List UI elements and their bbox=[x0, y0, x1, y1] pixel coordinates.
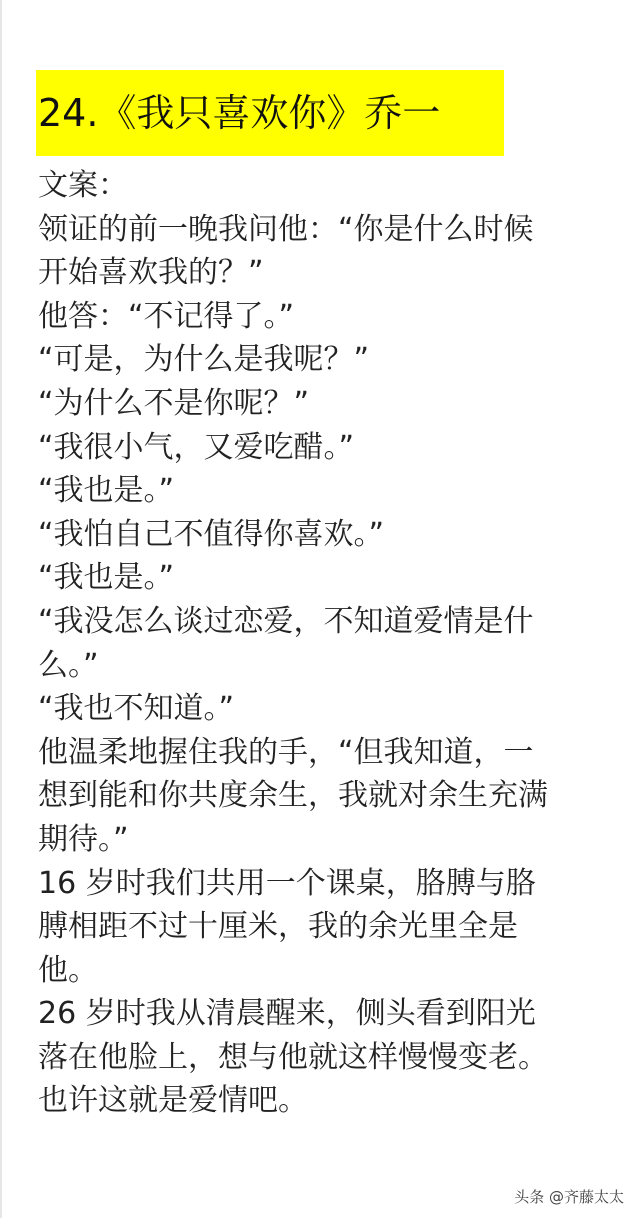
text-line: “我怕自己不值得你喜欢。” bbox=[38, 513, 610, 557]
text-line: 膊相距不过十厘米，我的余光里全是 bbox=[38, 905, 610, 949]
text-line: “为什么不是你呢？” bbox=[38, 382, 610, 426]
text-line: 开始喜欢我的？” bbox=[38, 251, 610, 295]
text-line: 么。” bbox=[38, 644, 610, 688]
text-line: 也许这就是爱情吧。 bbox=[38, 1079, 610, 1123]
text-line: “我也是。” bbox=[38, 556, 610, 600]
text-line: “我也不知道。” bbox=[38, 687, 610, 731]
text-line: 26 岁时我从清晨醒来，侧头看到阳光 bbox=[38, 992, 610, 1036]
text-line: 他答：“不记得了。” bbox=[38, 295, 610, 339]
text-line: 想到能和你共度余生，我就对余生充满 bbox=[38, 774, 610, 818]
text-line: 文案： bbox=[38, 164, 610, 208]
watermark: 头条 @齐藤太太 bbox=[514, 1186, 624, 1207]
text-line: “我没怎么谈过恋爱，不知道爱情是什 bbox=[38, 600, 610, 644]
text-line: 他温柔地握住我的手，“但我知道，一 bbox=[38, 731, 610, 775]
text-line: 16 岁时我们共用一个课桌，胳膊与胳 bbox=[38, 862, 610, 906]
synopsis-text: 文案： 领证的前一晚我问他：“你是什么时候 开始喜欢我的？” 他答：“不记得了。… bbox=[38, 164, 610, 1123]
text-line: 期待。” bbox=[38, 818, 610, 862]
left-border bbox=[0, 0, 2, 1218]
text-line: 落在他脸上，想与他就这样慢慢变老。 bbox=[38, 1036, 610, 1080]
text-line: 他。 bbox=[38, 949, 610, 993]
book-title: 24.《我只喜欢你》乔一 bbox=[38, 86, 440, 140]
text-line: 领证的前一晚我问他：“你是什么时候 bbox=[38, 208, 610, 252]
text-line: “我很小气，又爱吃醋。” bbox=[38, 426, 610, 470]
text-line: “我也是。” bbox=[38, 469, 610, 513]
text-line: “可是，为什么是我呢？” bbox=[38, 338, 610, 382]
